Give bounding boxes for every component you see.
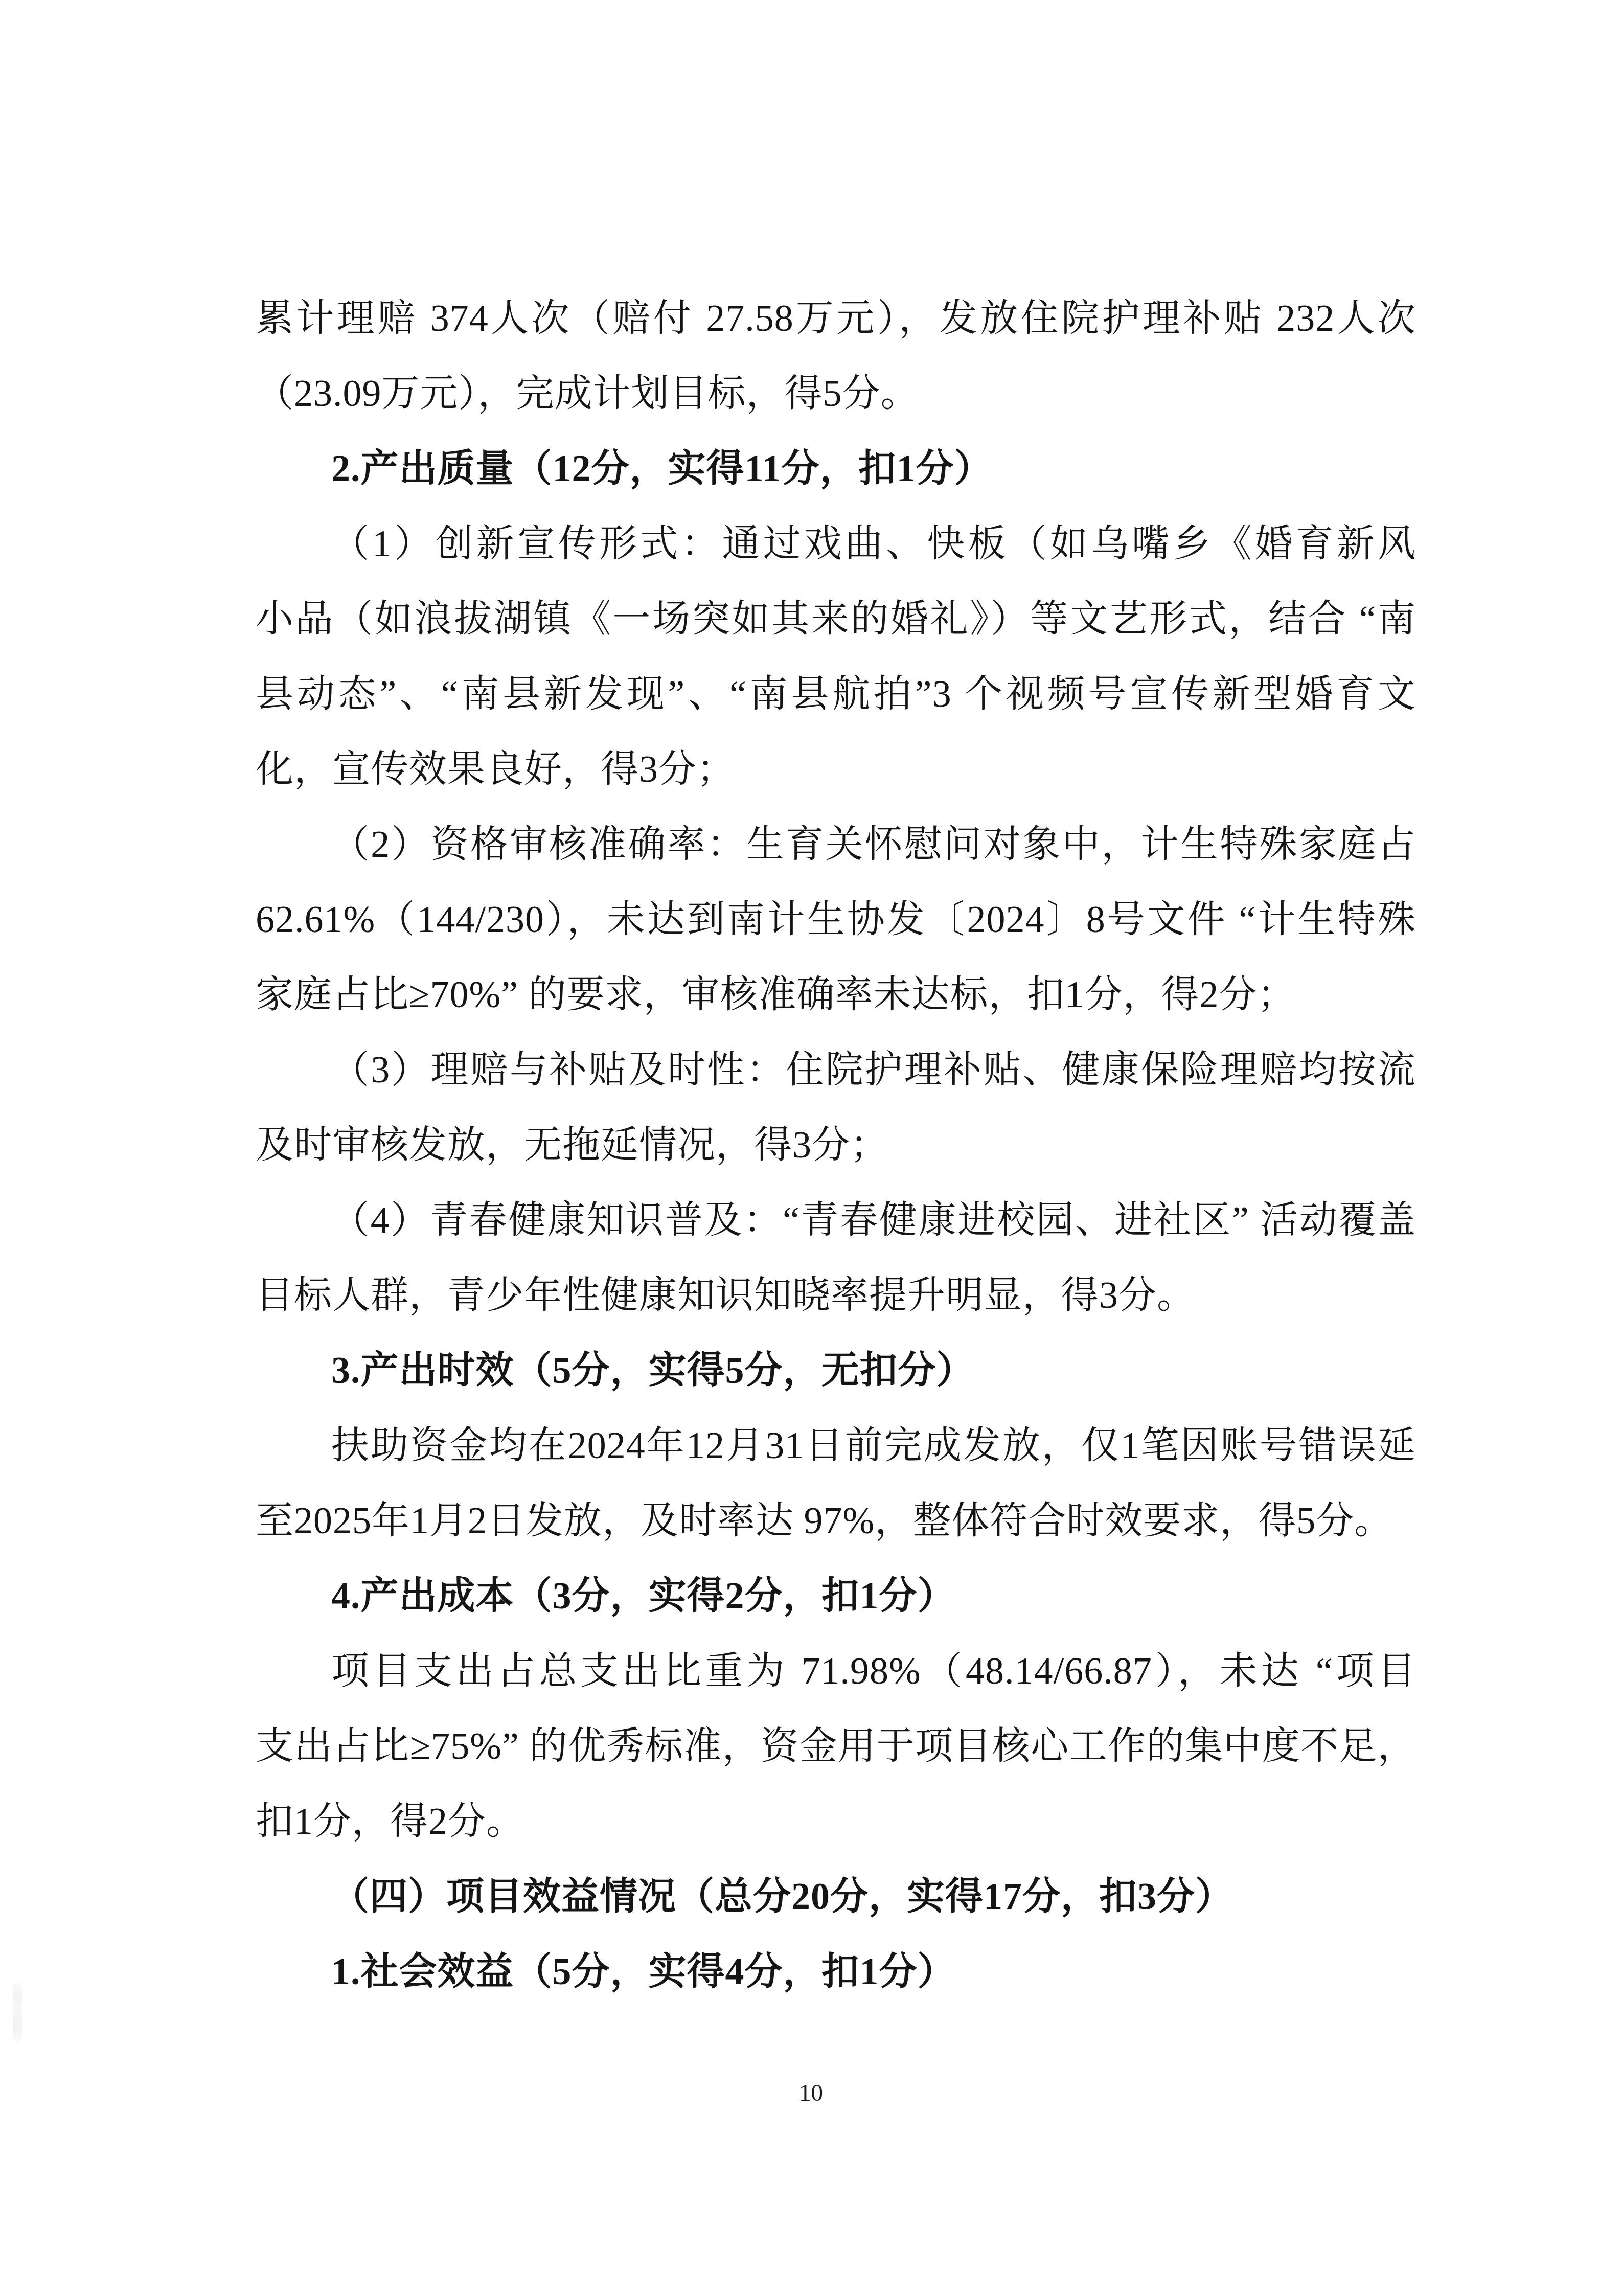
text-line: 累计理赔 374人次（赔付 27.58万元），发放住院护理补贴 232人次 <box>256 281 1416 356</box>
text-line: 扶助资金均在2024年12月31日前完成发放，仅1笔因账号错误延迟 <box>256 1408 1416 1484</box>
text-line: 扣1分，得2分。 <box>256 1784 1416 1859</box>
text-line: 县动态”、“南县新发现”、“南县航拍”3 个视频号宣传新型婚育文 <box>256 657 1416 732</box>
section-heading: 4.产出成本（3分，实得2分，扣1分） <box>256 1559 1416 1634</box>
text-line: 62.61%（144/230），未达到南计生协发〔2024〕8号文件 “计生特殊 <box>256 882 1416 958</box>
text-line: 及时审核发放，无拖延情况，得3分； <box>256 1108 1416 1183</box>
section-heading: （四）项目效益情况（总分20分，实得17分，扣3分） <box>256 1859 1416 1935</box>
scan-smudge-artifact <box>13 1981 22 2043</box>
section-heading: 3.产出时效（5分，实得5分，无扣分） <box>256 1333 1416 1408</box>
text-line: 家庭占比≥70%” 的要求，审核准确率未达标，扣1分，得2分； <box>256 958 1416 1033</box>
text-line: （3）理赔与补贴及时性：住院护理补贴、健康保险理赔均按流程 <box>256 1033 1416 1108</box>
text-line: （23.09万元），完成计划目标，得5分。 <box>256 356 1416 431</box>
text-line: （1）创新宣传形式：通过戏曲、快板（如乌嘴乡《婚育新风尚》）、 <box>256 507 1416 582</box>
text-line: 项目支出占总支出比重为 71.98%（48.14/66.87），未达 “项目 <box>256 1634 1416 1709</box>
text-line: 小品（如浪拔湖镇《一场突如其来的婚礼》）等文艺形式，结合 “南 <box>256 582 1416 657</box>
page-number: 10 <box>0 2074 1622 2112</box>
text-line: 化，宣传效果良好，得3分； <box>256 732 1416 807</box>
text-line: （4）青春健康知识普及：“青春健康进校园、进社区” 活动覆盖 <box>256 1183 1416 1258</box>
text-line: 至2025年1月2日发放，及时率达 97%，整体符合时效要求，得5分。 <box>256 1484 1416 1559</box>
section-heading: 2.产出质量（12分，实得11分，扣1分） <box>256 431 1416 507</box>
text-line: （2）资格审核准确率：生育关怀慰问对象中，计生特殊家庭占比 <box>256 807 1416 882</box>
section-heading: 1.社会效益（5分，实得4分，扣1分） <box>256 1935 1416 2010</box>
document-page: 累计理赔 374人次（赔付 27.58万元），发放住院护理补贴 232人次 （2… <box>0 0 1622 2296</box>
document-text-block: 累计理赔 374人次（赔付 27.58万元），发放住院护理补贴 232人次 （2… <box>256 281 1416 2010</box>
text-line: 支出占比≥75%” 的优秀标准，资金用于项目核心工作的集中度不足， <box>256 1709 1416 1784</box>
text-line: 目标人群，青少年性健康知识知晓率提升明显，得3分。 <box>256 1258 1416 1333</box>
